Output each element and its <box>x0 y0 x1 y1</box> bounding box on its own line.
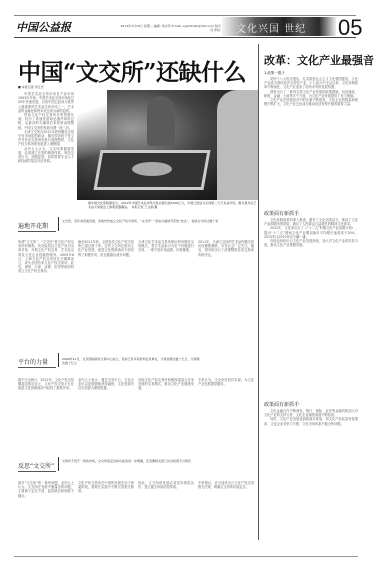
section-banner: 文化兴国 世纪 <box>222 17 336 36</box>
masthead-rule-bottom <box>14 37 356 38</box>
page-bottom-rule <box>14 556 358 557</box>
paragraph: 党的十八大报告提出，扎实推进社会主义文化强国建设，文化产业成为国民经济支柱性产业… <box>264 77 358 90</box>
section-title: 平台的力量 <box>18 357 56 368</box>
section-dek: 文交所，近年来迅速发展，各地纷纷成立文化产权交易所，“文交所”一度成为遍地开花的… <box>62 219 252 223</box>
main-headline: 中国“文交所”还缺什么 <box>18 54 246 87</box>
side-article-text: 党的十八大报告提出，扎实推进社会主义文化强国建设，文化产业成为国民经济支柱性产业… <box>264 77 358 167</box>
section-column: 各地文化产权交易所积极探索适合自身发展的交易模式，推动文化产业健康发展。 <box>138 378 194 452</box>
photo-foreground-person <box>217 90 259 200</box>
photo-person <box>147 96 175 146</box>
section-column: 因此，文交所的发展必须坚持规范运作，建立健全风险防控体系。 <box>138 481 194 553</box>
paragraph: 文化产业在国民经济中的比重不断提高，文化企业的数量和规模不断扩大，文化产业已经成… <box>264 98 358 106</box>
side-subheading: 政策面有新抓手 <box>264 210 299 217</box>
paragraph: 业内人士认为，文交所要健康发展，必须建立完善的制度体系，规范交易行为，加强监管，… <box>18 147 74 164</box>
side-article-text: 文化体制改革的深入推进，激发了文化创造活力，推动了文化产品和服务的供给，满足了人… <box>264 218 358 400</box>
section-column: 文化产权交易所在中国的发展还处于探索阶段，需要在实践中不断完善相关制度。 <box>78 481 134 553</box>
section-divider <box>58 457 59 471</box>
section-column: 天津文化艺术品交易所推出的份额化交易模式，将艺术品拆分为若干份额进行交易，一度引… <box>138 240 194 335</box>
dateline: 2013年3月18日 星期二 编辑: 刘志军 E-mail: zgwhbdsk@… <box>118 24 228 32</box>
paragraph: 然而文化产权交易所在短短数年间，经历了高速发展和迅速冷却的过程，从最初的火爆到后… <box>18 113 74 130</box>
side-article-text: 文化金融合作不断深化，银行、保险、证券等金融机构加大对文化产业的支持力度，文化企… <box>264 409 358 544</box>
side-lead-label: 1.政策一揽子 <box>264 71 285 76</box>
byline: ■ 本报记者 李红光 <box>18 85 44 89</box>
section-dek: 交易所不同于一般的市场，文交所的定位和功能需进一步明确，还需要相关部门出台政策予… <box>62 459 202 463</box>
paragraph: 同时，文化产业发展也面临诸多挑战，如文化产品质量有待提高、文化企业竞争力不强、文… <box>264 417 358 425</box>
main-article-intro: 中国艺术品交易市场自产品市场1993年开始，中国艺术品交易市场经过20年快速发展… <box>18 92 74 204</box>
section-column: 面对“文交所”的一系列问题，业内人士认为，文交所在发展中暴露出的问题，主要源于定… <box>18 481 74 553</box>
photo-caption: 据中国文化部数据显示，2012年中国艺术品市场交易总额达到1000亿元，中国已经… <box>88 201 258 209</box>
news-photo <box>77 90 259 200</box>
section-column: 业内人士表示，通过交易平台，文化企业可以更便捷地获得融资，文化资源可以实现更合理… <box>78 378 134 452</box>
paragraph: 各地也纷纷出台文化产业发展规划，加大对文化产业的扶持力度，推动文化产业集聚发展。 <box>264 239 358 247</box>
section-column: 2011年，天津文交所的艺术品份额交易出现暴涨暴跌，引发社会广泛关注。随后，国务… <box>198 240 254 335</box>
paragraph: 国家出台了一系列支持文化产业发展的政策措施，包括财政、税收、金融、土地等多个方面… <box>264 90 358 98</box>
photo-bowl <box>132 162 172 176</box>
section-column: 截至2011年底，全国各类文化产权交易所已超过数十家。这些文交所在推动文化产业发… <box>78 240 134 335</box>
side-subheading: 政策面有新抓手 <box>264 401 299 408</box>
section-title: 反思“文交所” <box>18 461 56 472</box>
paragraph: 2012年，文化部出台了《“十二五”时期文化产业倍增计划》，提出“十二五”期间文… <box>264 226 358 239</box>
section-column: 据不完全统计，2012年，文化产权交易额超过数百亿元，文化产权交易平台在促进文化… <box>18 378 74 452</box>
section-column: 所谓“文交所”，“文交所”是文化产权交易所的简称，其功能是以文化产权为交易对象，… <box>18 240 74 335</box>
newspaper-page: 中国公益报 2013年3月18日 星期二 编辑: 刘志军 E-mail: zgw… <box>0 0 380 586</box>
section-dek: 2009年11月，北京国际版权交易中心成立，目前已有多家机构会员单位，交易金额达… <box>62 357 202 365</box>
side-headline: 改革：文化产业最强音 <box>264 52 374 68</box>
section-column: 专家建议，应当加快出台文化产权交易相关法规，明确文交所的功能定位。 <box>198 481 254 553</box>
paragraph: 中国艺术品交易市场自产品市场1993年开始，中国艺术品交易市场经过20年快速发展… <box>18 92 74 113</box>
banner-text: 文化兴国 世纪 <box>236 20 306 35</box>
section-column: 专家认为，文交所应回归本源，为文化产业发展提供服务。 <box>198 378 254 452</box>
newspaper-logo: 中国公益报 <box>16 19 71 35</box>
paragraph: 天津文交所在2011年的份额化交易引发市场剧烈波动，随后国务院下发文件对各类交易… <box>18 130 74 147</box>
section-divider <box>58 353 59 367</box>
column-rule <box>258 44 259 540</box>
section-title: 遍地开花期 <box>18 221 56 232</box>
masthead-rule-top <box>14 15 356 16</box>
section-divider <box>58 217 59 231</box>
